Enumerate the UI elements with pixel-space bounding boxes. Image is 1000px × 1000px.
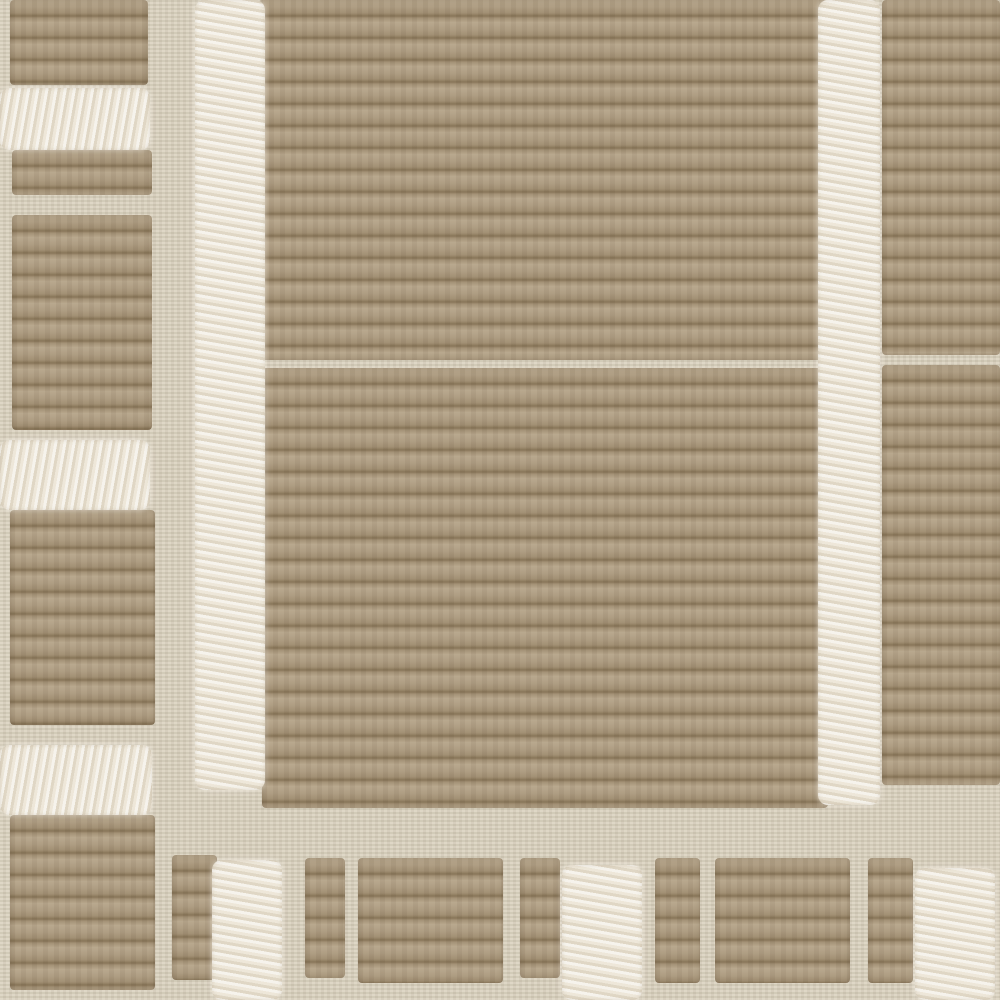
- left-block-2: [12, 150, 152, 195]
- left-tuft-1: [0, 88, 150, 150]
- bottom-block-4: [520, 858, 560, 978]
- left-tuft-2: [0, 440, 150, 510]
- bottom-block-1: [172, 855, 217, 980]
- bottom-tuft-1: [212, 860, 282, 1000]
- right-block-1: [882, 0, 1000, 355]
- bottom-tuft-3: [915, 868, 995, 1000]
- bottom-block-7: [868, 858, 913, 983]
- center-ribbed-panel: [258, 0, 828, 360]
- bottom-block-2: [305, 858, 345, 978]
- center-ribbed-panel-lower: [262, 368, 828, 808]
- bottom-block-5: [655, 858, 700, 983]
- left-tuft-3: [0, 745, 152, 815]
- right-block-2: [882, 365, 1000, 785]
- rug-texture-photo: [0, 0, 1000, 1000]
- left-block-3: [12, 215, 152, 430]
- right-shag-strip: [818, 0, 880, 805]
- bottom-block-6: [715, 858, 850, 983]
- bottom-tuft-2: [562, 865, 642, 1000]
- left-block-1: [10, 0, 148, 85]
- left-shag-strip: [195, 0, 265, 790]
- left-block-5: [10, 815, 155, 990]
- bottom-block-3: [358, 858, 503, 983]
- left-block-4: [10, 510, 155, 725]
